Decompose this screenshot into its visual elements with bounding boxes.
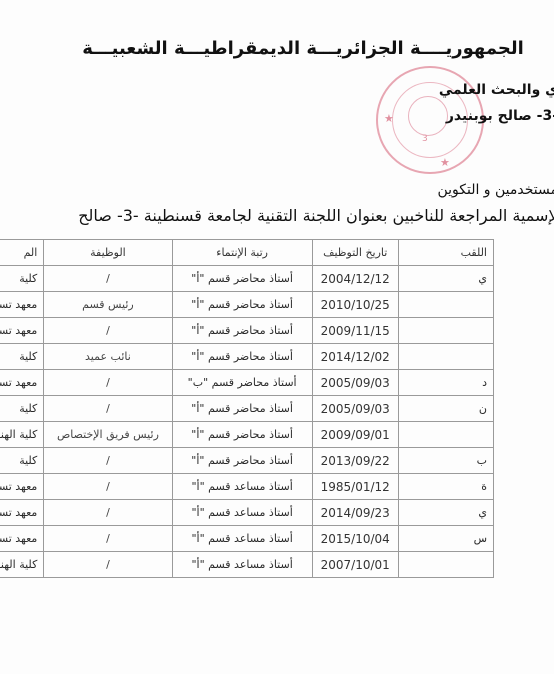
cell-function: / — [44, 318, 172, 344]
cell-function: نائب عميد — [44, 344, 172, 370]
cell-surname — [398, 344, 493, 370]
cell-surname: د — [398, 370, 493, 396]
cell-function: / — [44, 552, 172, 578]
cell-function: / — [44, 526, 172, 552]
cell-surname: س — [398, 526, 493, 552]
table-row: ي 2004/12/12 أستاذ محاضر قسم "أ" / كلية — [0, 266, 494, 292]
cell-rank: أستاذ محاضر قسم "أ" — [172, 448, 312, 474]
table-row: ة 1985/01/12 أستاذ مساعد قسم "أ" / معهد … — [0, 474, 494, 500]
column-header-rank: رتبة الإنتماء — [172, 240, 312, 266]
cell-rank: أستاذ محاضر قسم "أ" — [172, 344, 312, 370]
cell-hire-date: 1985/01/12 — [312, 474, 398, 500]
cell-function: / — [44, 266, 172, 292]
cell-institution: معهد تسـ — [0, 526, 44, 552]
cell-surname: ي — [398, 500, 493, 526]
cell-institution: كلية — [0, 344, 44, 370]
cell-institution: كلية — [0, 266, 44, 292]
cell-hire-date: 2009/11/15 — [312, 318, 398, 344]
cell-rank: أستاذ محاضر قسم "أ" — [172, 318, 312, 344]
table-row: ن 2005/09/03 أستاذ محاضر قسم "أ" / كلية — [0, 396, 494, 422]
cell-function: / — [44, 500, 172, 526]
table-row: 2007/10/01 أستاذ مساعد قسم "أ" / كلية ال… — [0, 552, 494, 578]
cell-function: / — [44, 396, 172, 422]
stamp-number: 3 — [422, 134, 428, 144]
table-row: ب 2013/09/22 أستاذ محاضر قسم "أ" / كلية — [0, 448, 494, 474]
column-header-hire-date: تاريخ التوظيف — [312, 240, 398, 266]
stamp-star-icon: ★ — [384, 112, 394, 125]
table-row: 2009/09/01 أستاذ محاضر قسم "أ" رئيس فريق… — [0, 422, 494, 448]
stamp-star-icon: ★ — [440, 156, 450, 169]
cell-hire-date: 2015/10/04 — [312, 526, 398, 552]
cell-institution: معهد تسـ — [0, 292, 44, 318]
cell-rank: أستاذ مساعد قسم "أ" — [172, 474, 312, 500]
cell-surname: ة — [398, 474, 493, 500]
cell-institution: معهد تسـ — [0, 370, 44, 396]
cell-hire-date: 2005/09/03 — [312, 370, 398, 396]
cell-rank: أستاذ محاضر قسم "أ" — [172, 396, 312, 422]
table-row: د 2005/09/03 أستاذ محاضر قسم "ب" / معهد … — [0, 370, 494, 396]
cell-function: / — [44, 448, 172, 474]
cell-function: رئيس قسم — [44, 292, 172, 318]
cell-function: / — [44, 370, 172, 396]
cell-institution: كلية — [0, 448, 44, 474]
cell-hire-date: 2014/12/02 — [312, 344, 398, 370]
cell-rank: أستاذ محاضر قسم "ب" — [172, 370, 312, 396]
table-header-row: اللقب تاريخ التوظيف رتبة الإنتماء الوظيف… — [0, 240, 494, 266]
cell-surname — [398, 318, 493, 344]
cell-rank: أستاذ محاضر قسم "أ" — [172, 292, 312, 318]
cell-hire-date: 2004/12/12 — [312, 266, 398, 292]
column-header-surname: اللقب — [398, 240, 493, 266]
cell-institution: معهد تسـ — [0, 318, 44, 344]
cell-surname: ب — [398, 448, 493, 474]
cell-hire-date: 2007/10/01 — [312, 552, 398, 578]
ministry-name: ي والبحث العلمي — [439, 82, 554, 98]
document-page: الجمهوريــــة الجزائريـــة الديمقراطيـــ… — [0, 0, 554, 674]
cell-function: / — [44, 474, 172, 500]
cell-hire-date: 2010/10/25 — [312, 292, 398, 318]
cell-hire-date: 2013/09/22 — [312, 448, 398, 474]
cell-rank: أستاذ محاضر قسم "أ" — [172, 266, 312, 292]
cell-rank: أستاذ محاضر قسم "أ" — [172, 422, 312, 448]
cell-surname — [398, 552, 493, 578]
list-title: الإسمية المراجعة للناخبين بعنوان اللجنة … — [78, 206, 554, 225]
cell-institution: كلية — [0, 396, 44, 422]
column-header-function: الوظيفة — [44, 240, 172, 266]
cell-surname — [398, 422, 493, 448]
republic-heading: الجمهوريــــة الجزائريـــة الديمقراطيـــ… — [68, 38, 538, 59]
cell-institution: كلية الهند — [0, 422, 44, 448]
university-name: -3- صالح بوبنيدر — [446, 108, 554, 124]
column-header-institution: الم — [0, 240, 44, 266]
cell-hire-date: 2005/09/03 — [312, 396, 398, 422]
stamp-emblem-icon — [408, 96, 448, 136]
cell-rank: أستاذ مساعد قسم "أ" — [172, 500, 312, 526]
cell-institution: كلية الهند — [0, 552, 44, 578]
table-row: ي 2014/09/23 أستاذ مساعد قسم "أ" / معهد … — [0, 500, 494, 526]
electors-table: اللقب تاريخ التوظيف رتبة الإنتماء الوظيف… — [0, 239, 494, 578]
cell-hire-date: 2009/09/01 — [312, 422, 398, 448]
cell-function: رئيس فريق الإختصاص — [44, 422, 172, 448]
table-row: 2010/10/25 أستاذ محاضر قسم "أ" رئيس قسم … — [0, 292, 494, 318]
cell-rank: أستاذ مساعد قسم "أ" — [172, 552, 312, 578]
cell-rank: أستاذ مساعد قسم "أ" — [172, 526, 312, 552]
cell-hire-date: 2014/09/23 — [312, 500, 398, 526]
table-row: س 2015/10/04 أستاذ مساعد قسم "أ" / معهد … — [0, 526, 494, 552]
table-row: 2009/11/15 أستاذ محاضر قسم "أ" / معهد تس… — [0, 318, 494, 344]
table-row: 2014/12/02 أستاذ محاضر قسم "أ" نائب عميد… — [0, 344, 494, 370]
cell-institution: معهد تسـ — [0, 474, 44, 500]
cell-surname — [398, 292, 493, 318]
directorate-name: مستخدمين و التكوين — [437, 182, 554, 198]
cell-surname: ن — [398, 396, 493, 422]
cell-surname: ي — [398, 266, 493, 292]
cell-institution: معهد تسـ — [0, 500, 44, 526]
